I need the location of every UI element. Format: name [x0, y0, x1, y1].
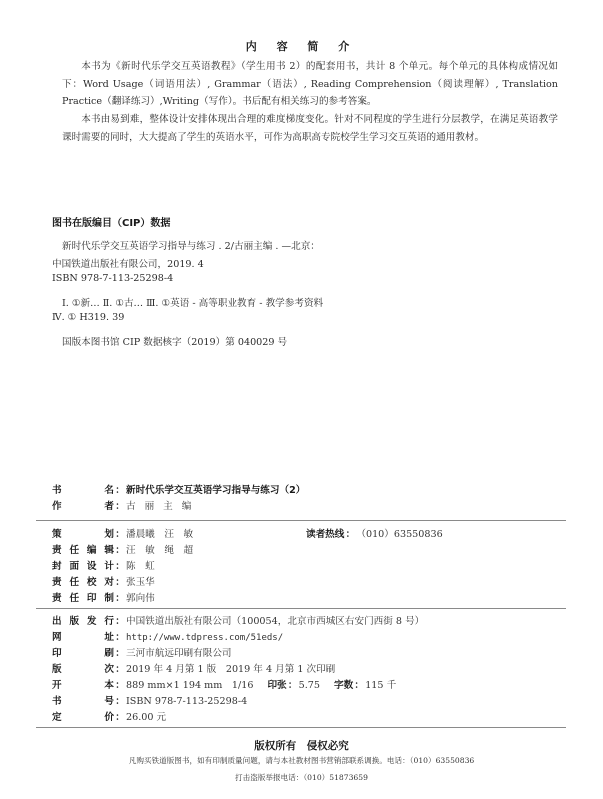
proofread-field: 责任校对：张玉华 [52, 575, 155, 591]
printer-value: 三河市航远印刷有限公司 [126, 648, 232, 659]
author-label: 作者 [52, 499, 114, 515]
author-value: 古丽主编 [126, 501, 200, 512]
cip-line: 国版本图书馆 CIP 数据核字（2019）第 040029 号 [62, 334, 287, 348]
format-label: 开本 [52, 678, 114, 694]
cover-design-value: 陈 虹 [126, 561, 155, 572]
cip-line: 新时代乐学交互英语学习指导与练习 . 2/古丽主编 . —北京： [62, 238, 320, 252]
cip-line: ISBN 978-7-113-25298-4 [52, 273, 173, 284]
divider [36, 608, 566, 609]
website-field: 网址：http://www.tdpress.com/51eds/ [52, 630, 283, 646]
divider [36, 727, 566, 728]
copyright-title: 版权所有 侵权必究 [0, 738, 603, 753]
printing-supervisor-field: 责任印制：郭向伟 [52, 591, 155, 607]
cip-line: Ⅰ. ①新… Ⅱ. ①古… Ⅲ. ①英语 - 高等职业教育 - 教学参考资料 [62, 295, 323, 309]
edition-field: 版次：2019 年 4 月第 1 版 2019 年 4 月第 1 次印刷 [52, 662, 335, 678]
printer-field: 印刷：三河市航远印刷有限公司 [52, 646, 232, 662]
isbn-value: ISBN 978-7-113-25298-4 [126, 696, 247, 707]
divider [36, 520, 566, 521]
editor-label: 责任编辑 [52, 543, 114, 559]
sheets-value: 5.75 [299, 680, 320, 691]
word-count-value: 115 千 [365, 680, 396, 691]
cip-line: Ⅳ. ① H319. 39 [52, 312, 124, 323]
printer-label: 印刷 [52, 646, 114, 662]
website-link[interactable]: http://www.tdpress.com/51eds/ [126, 633, 283, 643]
printing-supervisor-value: 郭向伟 [126, 593, 155, 604]
book-title-value: 新时代乐学交互英语学习指导与练习（2） [126, 485, 305, 496]
book-title-label: 书名 [52, 483, 114, 499]
price-value: 26.00 元 [126, 712, 166, 723]
cover-design-label: 封面设计 [52, 559, 114, 575]
format-value: 889 mm×1 194 mm 1/16 [126, 680, 253, 691]
book-title-field: 书名：新时代乐学交互英语学习指导与练习（2） [52, 483, 305, 499]
hotline-value: （010）63550836 [356, 529, 442, 540]
proofread-label: 责任校对 [52, 575, 114, 591]
sheets-label: 印张 [267, 678, 286, 694]
edition-label: 版次 [52, 662, 114, 678]
piracy-hotline: 打击盗版举报电话：（010）51873659 [0, 772, 603, 783]
author-field: 作者：古丽主编 [52, 499, 200, 515]
publisher-value: 中国铁道出版社有限公司（100054，北京市西城区右安门西街 8 号） [126, 616, 424, 627]
hotline-label: 读者热线 [306, 527, 344, 543]
proofread-value: 张玉华 [126, 577, 155, 588]
planner-field: 策划：潘晨曦 汪 敏读者热线：（010）63550836 [52, 527, 443, 543]
format-field: 开本：889 mm×1 194 mm 1/16印张：5.75字数：115 千 [52, 678, 396, 694]
publisher-field: 出版发行：中国铁道出版社有限公司（100054，北京市西城区右安门西街 8 号） [52, 614, 424, 630]
summary-paragraph-1: 本书为《新时代乐学交互英语教程》（学生用书 2）的配套用书，共计 8 个单元。每… [62, 58, 558, 111]
copyright-notice: 凡购买铁道版图书，如有印制质量问题，请与本社教材图书营销部联系调换。电话：（01… [0, 755, 603, 766]
cip-line: 中国铁道出版社有限公司，2019. 4 [52, 256, 204, 270]
summary-title: 内 容 简 介 [0, 38, 603, 54]
summary-paragraph-2: 本书由易到难，整体设计安排体现出合理的难度梯度变化。针对不同程度的学生进行分层教… [62, 111, 558, 146]
planner-value: 潘晨曦 汪 敏 [126, 527, 276, 543]
edition-value: 2019 年 4 月第 1 版 2019 年 4 月第 1 次印刷 [126, 664, 335, 675]
price-field: 定价：26.00 元 [52, 710, 166, 726]
editor-field: 责任编辑：汪 敏 绳 超 [52, 543, 193, 559]
cip-heading: 图书在版编目（CIP）数据 [52, 214, 170, 229]
cover-design-field: 封面设计：陈 虹 [52, 559, 155, 575]
website-label: 网址 [52, 630, 114, 646]
publisher-label: 出版发行 [52, 614, 114, 630]
planner-label: 策划 [52, 527, 114, 543]
editor-value: 汪 敏 绳 超 [126, 545, 193, 556]
isbn-field: 书号：ISBN 978-7-113-25298-4 [52, 694, 247, 710]
word-count-label: 字数 [334, 678, 353, 694]
price-label: 定价 [52, 710, 114, 726]
printing-supervisor-label: 责任印制 [52, 591, 114, 607]
isbn-label: 书号 [52, 694, 114, 710]
